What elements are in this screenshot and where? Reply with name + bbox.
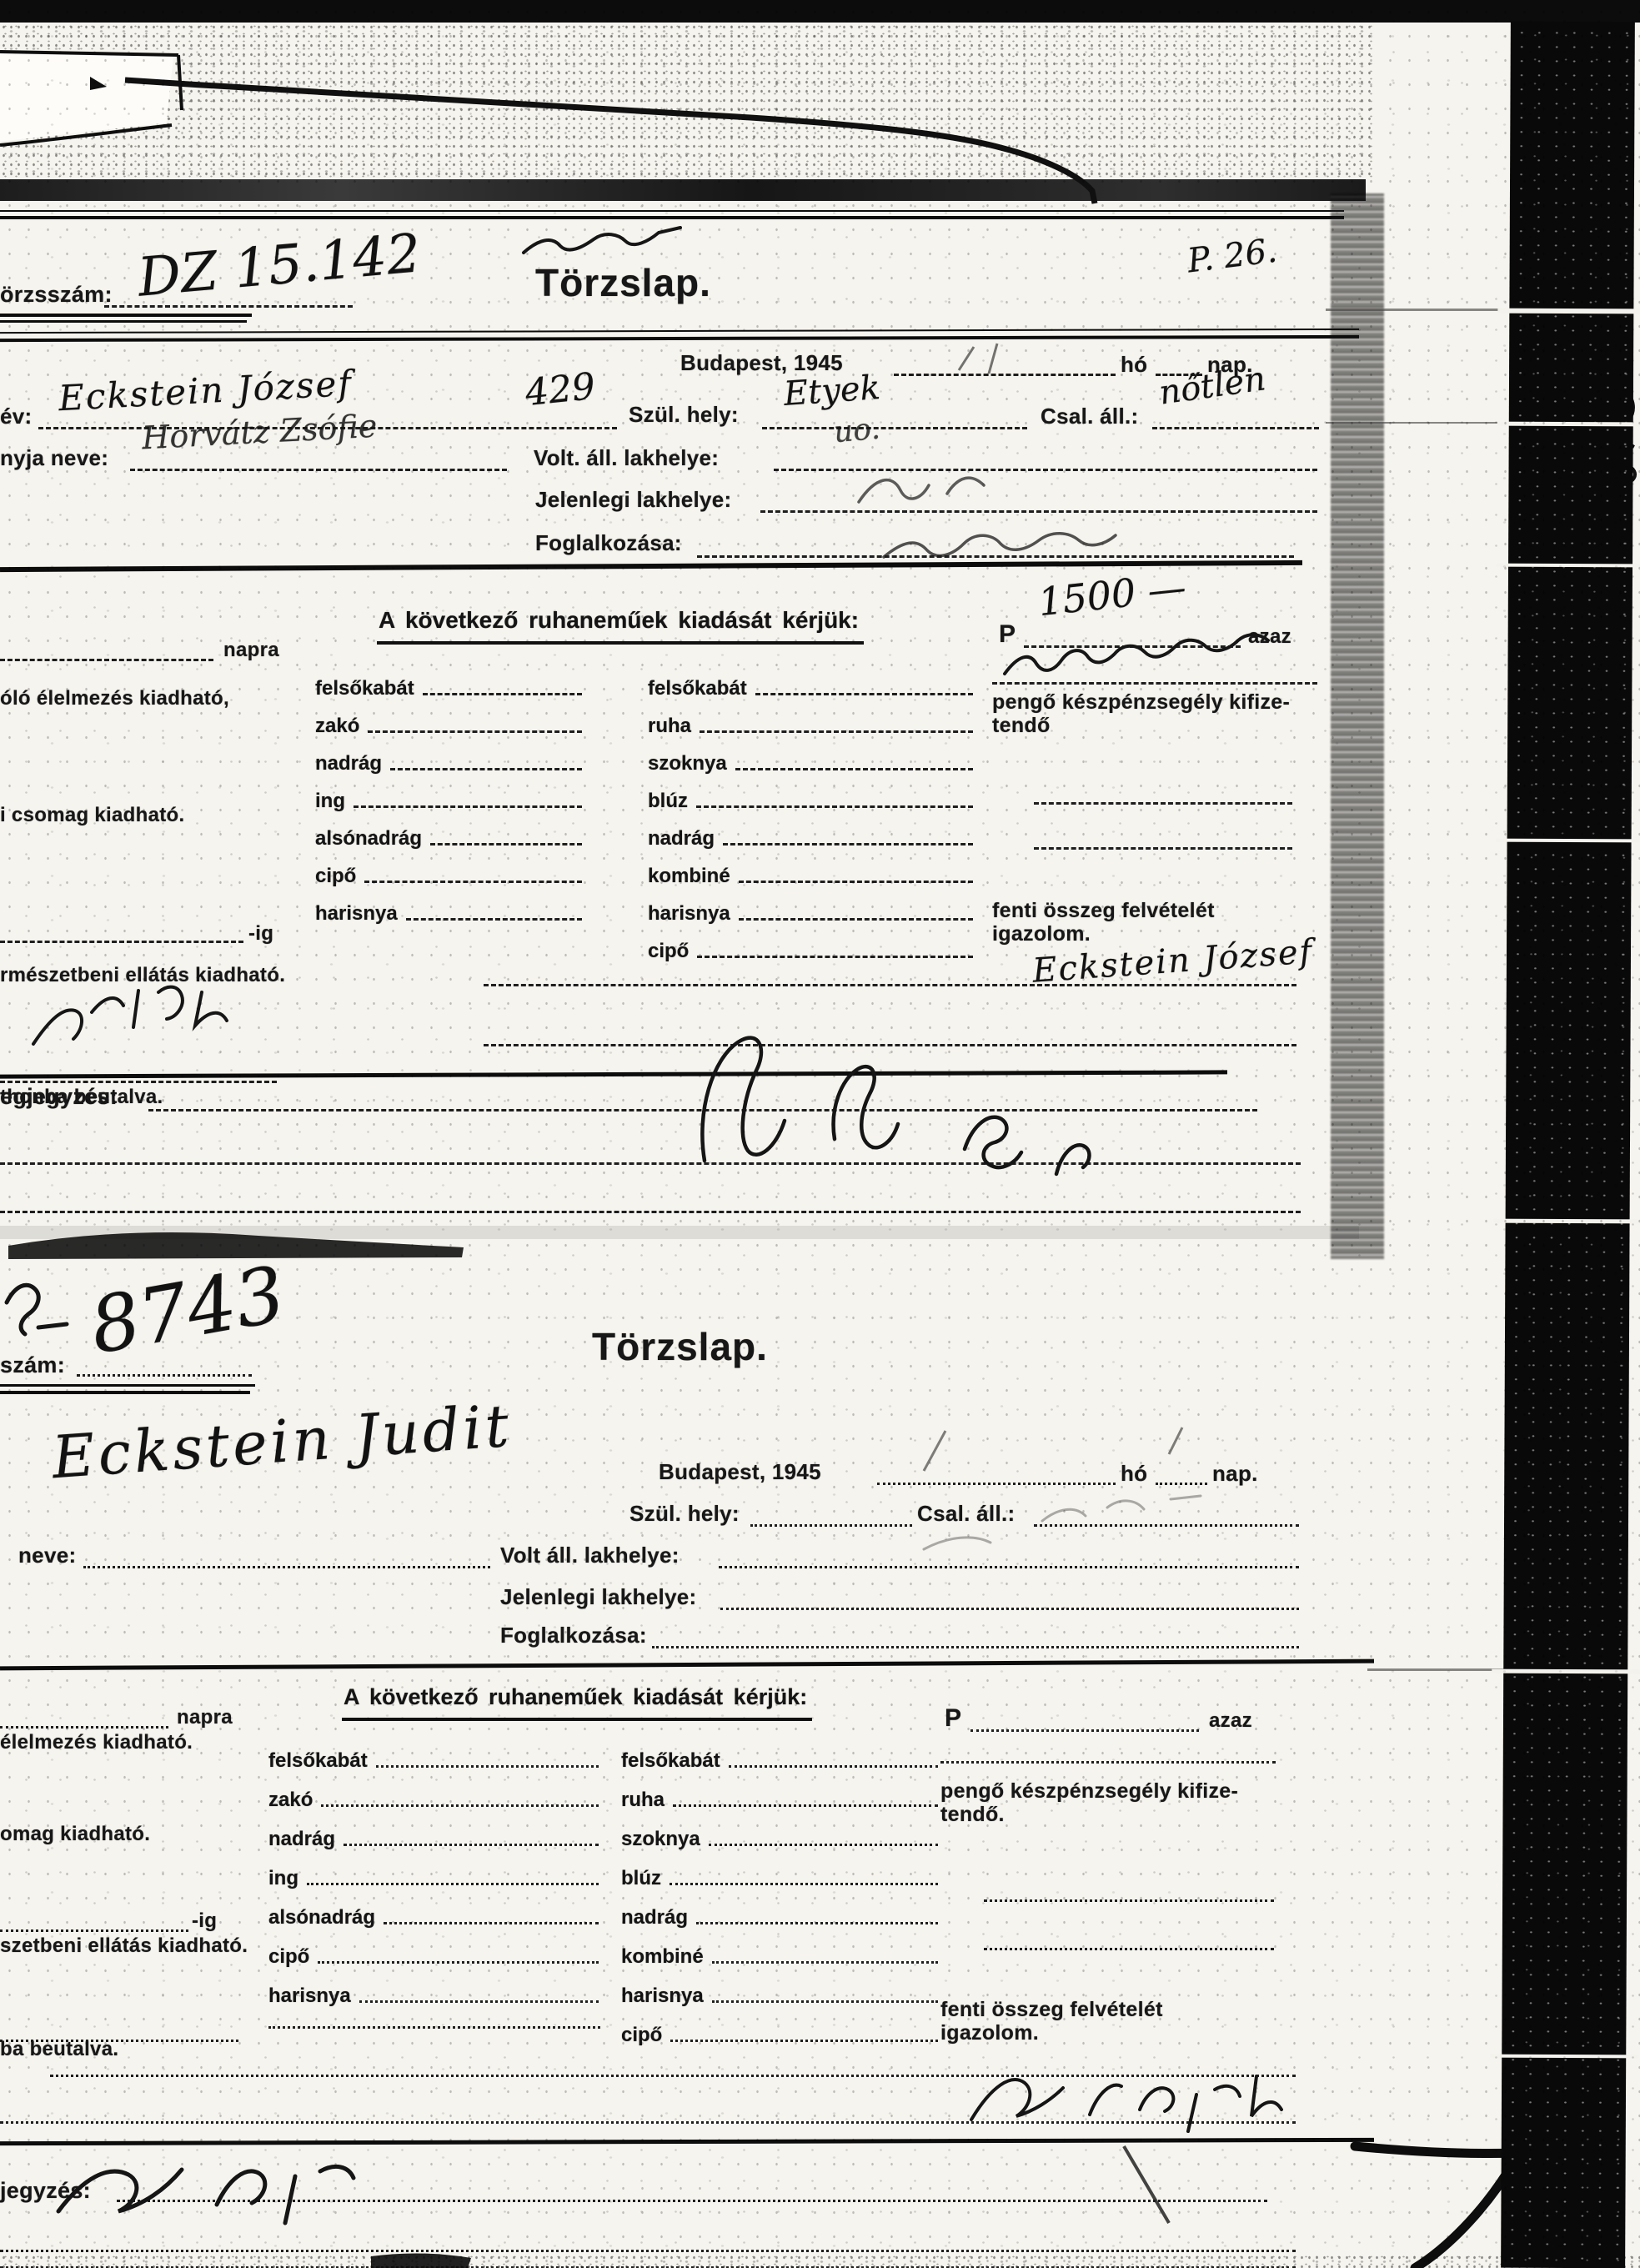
scan-ink-marks [0,0,1640,2268]
handwriting-scrawl [33,987,227,1044]
scan-streak [1497,564,1640,568]
scan-line [1326,422,1509,424]
handwriting-scrawl [524,228,680,253]
handwriting-scrawl [7,1285,67,1334]
scan-line [1367,1668,1509,1671]
handwriting-scrawl-faint [924,1496,1201,1549]
handwriting-mark [924,1428,1182,1471]
scanned-document-page: örzsszám: DZ 15.142 Törzslap. P. 26. Bud… [0,0,1640,2268]
handwriting-large-seven [1355,2146,1520,2268]
handwriting-tail [1124,2146,1169,2223]
handwriting-scrawl [884,534,1116,557]
handwriting-signature-scrawl [971,2076,1281,2131]
ink-smudge [371,2253,471,2268]
handwriting-scrawl [859,478,984,502]
scan-right-border [1501,22,1635,2268]
scan-page-edge-shadow [1331,193,1384,1259]
handwriting-note-scrawl [702,1038,1089,1174]
scan-streak [1492,1669,1640,1674]
handwriting-amount-words [1005,635,1268,674]
scan-streak [1494,1219,1640,1224]
label-mark [90,77,107,90]
torn-paper-edge [125,80,1095,203]
scan-streak [1497,309,1640,314]
handwriting-mark [959,344,997,374]
scan-streak [1490,2055,1638,2059]
handwriting-scrawl [58,2166,354,2223]
scan-streak [1496,839,1640,843]
scan-streak [1497,422,1640,427]
scan-line [1326,309,1509,311]
label-border-lines [0,52,182,145]
ink-smudge [8,1232,464,1259]
